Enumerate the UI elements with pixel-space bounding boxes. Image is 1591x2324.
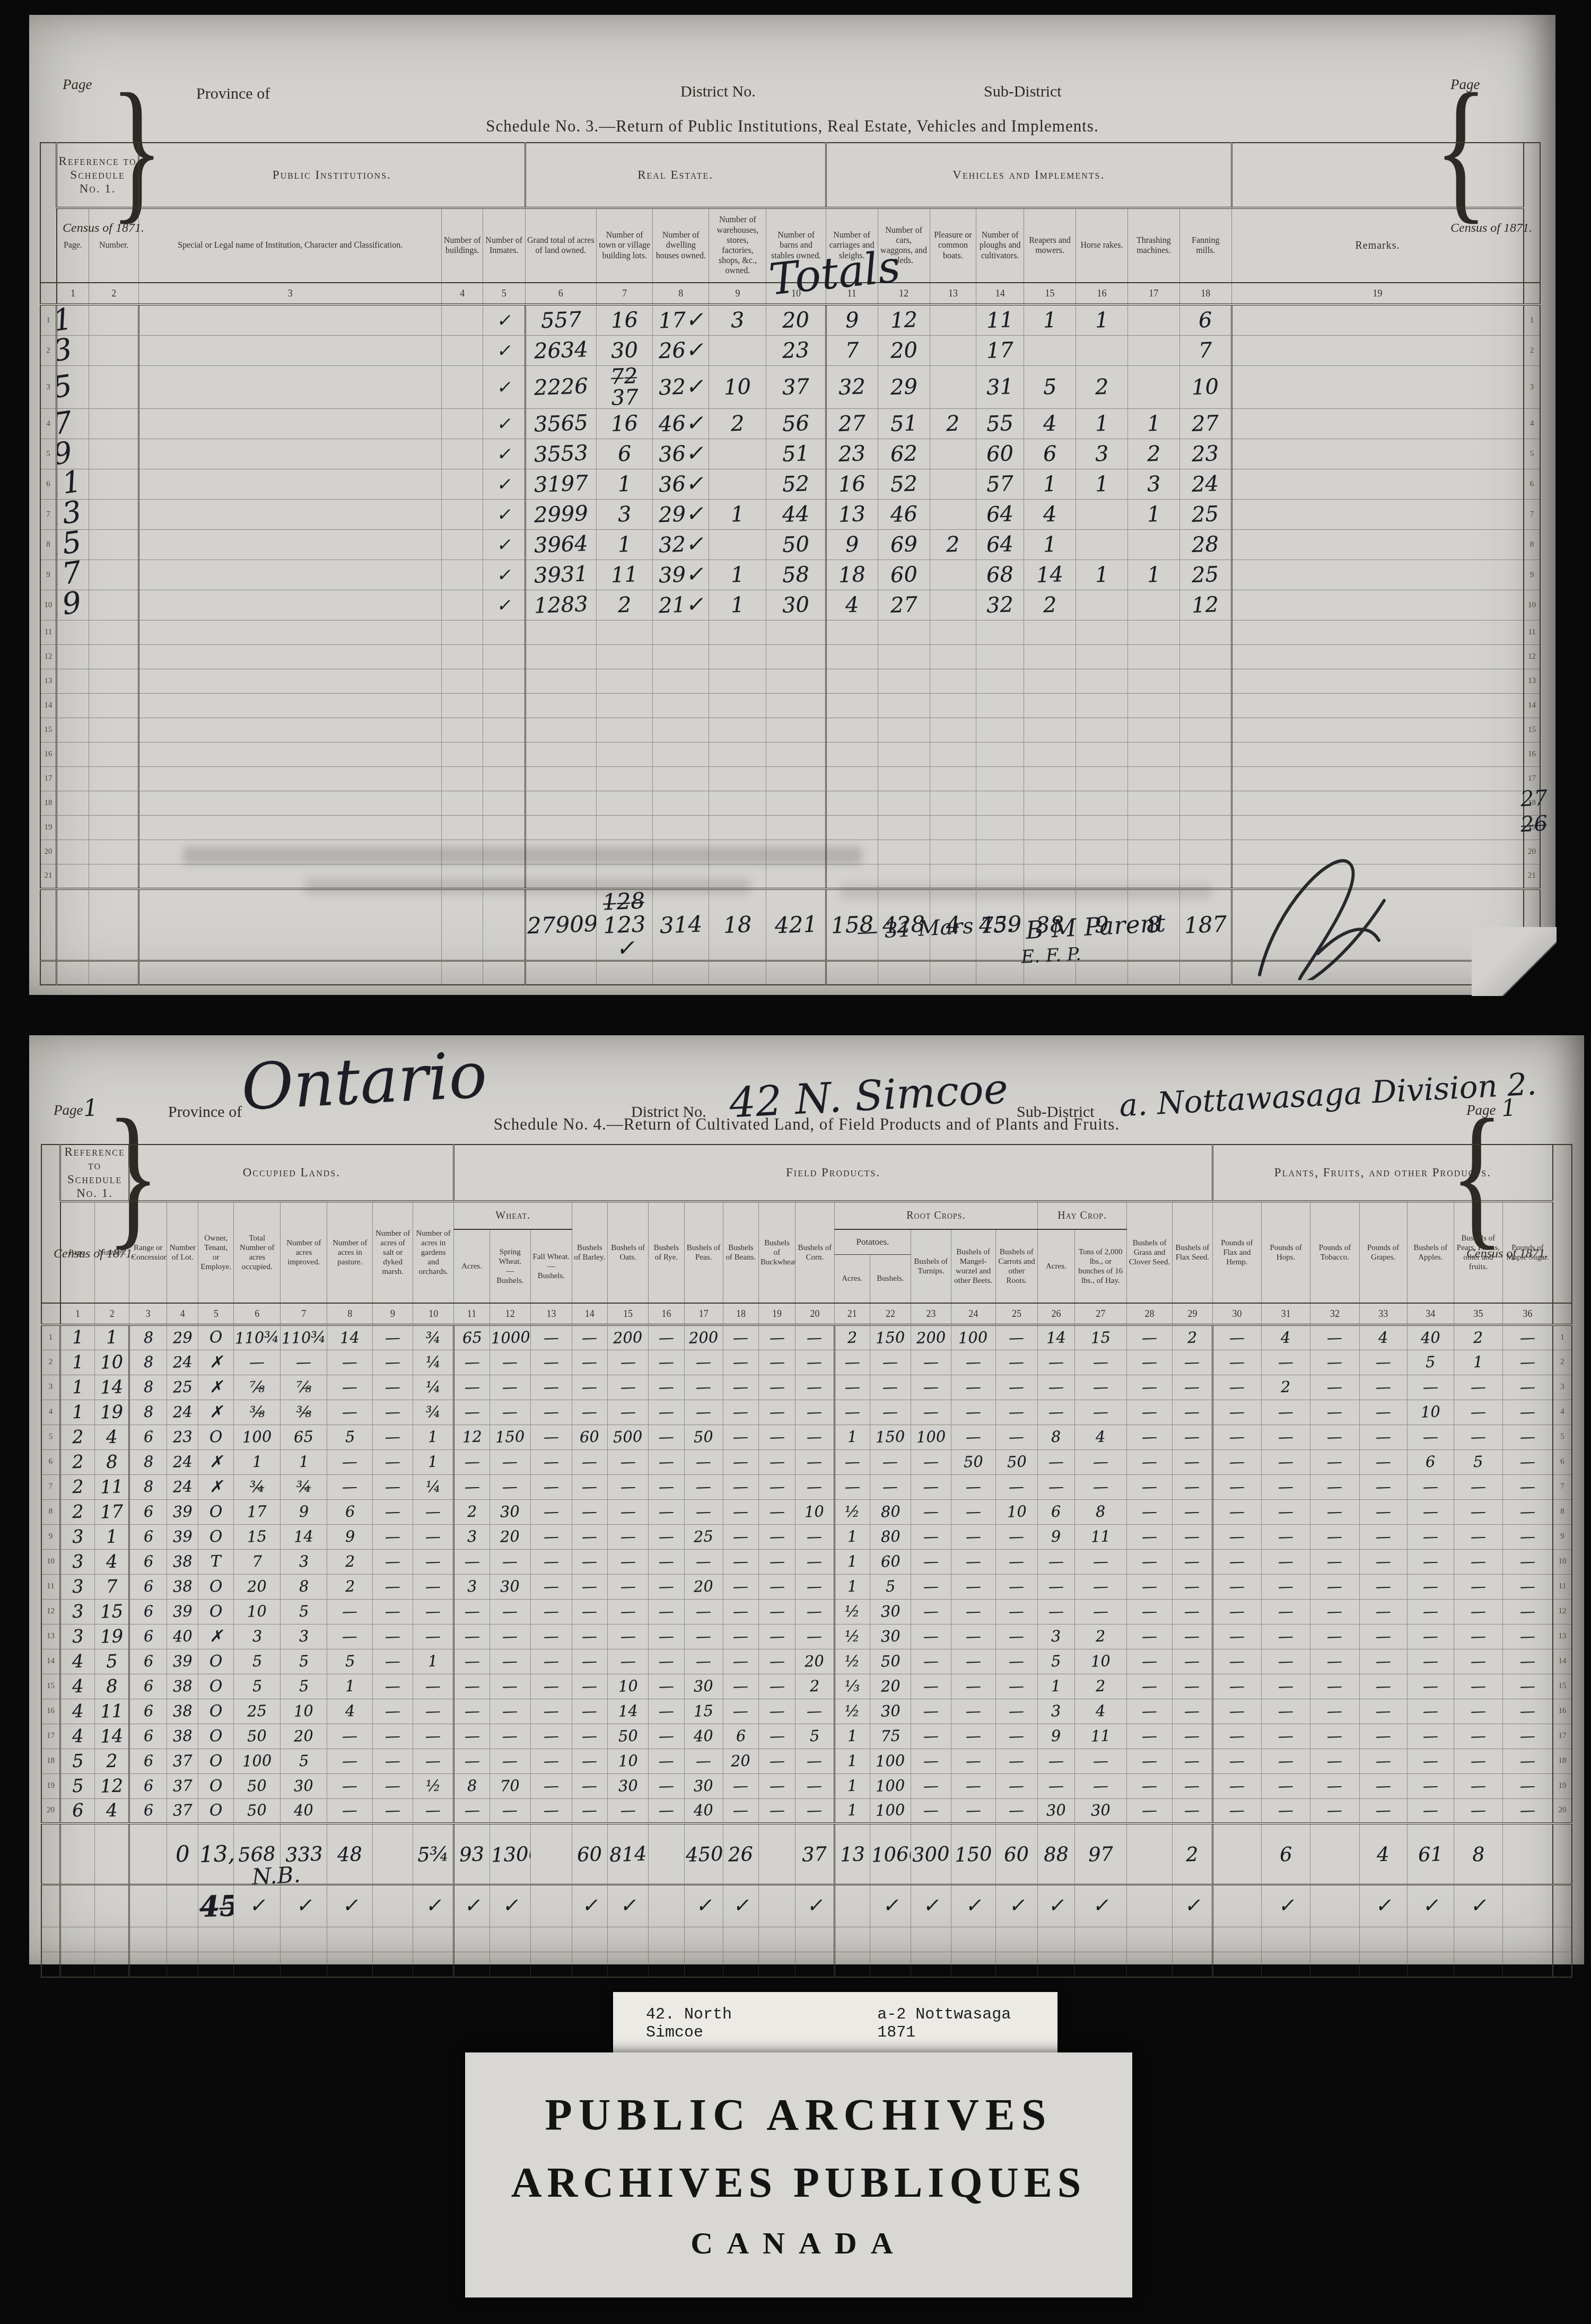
handwritten-value: 8	[1096, 1504, 1106, 1520]
table-row: 12315639O105—————————————½30————————————…	[41, 1599, 1572, 1624]
handwritten-value: —	[1327, 1778, 1343, 1794]
column-header: 28	[1127, 1303, 1173, 1325]
handwritten-value: —	[1278, 1728, 1294, 1744]
handwritten-value: 32✓	[658, 534, 704, 556]
handwritten-value: 30	[782, 594, 809, 616]
handwritten-value: 13	[838, 503, 866, 526]
handwritten-value: —	[1048, 1479, 1064, 1495]
handwritten-value: 6	[143, 1679, 153, 1694]
handwritten-value: —	[696, 1604, 712, 1620]
table-cell: 3	[709, 304, 766, 336]
table-cell	[653, 767, 709, 791]
row-number: 14	[1524, 694, 1540, 718]
handwritten-value: 50	[1007, 1454, 1027, 1470]
table-cell: 8	[1074, 1499, 1127, 1524]
handwritten-value: 7	[1198, 340, 1212, 362]
table-cell: 3	[281, 1624, 327, 1649]
handwritten-value: 3	[467, 1529, 477, 1545]
handwritten-value: 39	[172, 1603, 193, 1619]
handwritten-value: 50	[880, 1653, 901, 1669]
table-cell: 2	[834, 1325, 870, 1350]
table-cell	[976, 840, 1024, 864]
table-cell: 88	[1038, 1823, 1074, 1885]
handwritten-value: —	[696, 1753, 712, 1769]
handwritten-value: —	[1520, 1778, 1536, 1794]
table-cell: 17✓	[653, 304, 709, 336]
handwritten-value: 69	[890, 534, 917, 556]
table-cell: 100	[234, 1749, 281, 1773]
handwritten-value: —	[1327, 1355, 1343, 1370]
column-number-row: 1234567891011121314151617181920212223242…	[41, 1303, 1572, 1325]
row-number: 20	[41, 1798, 60, 1823]
handwritten-value: 97	[1088, 1844, 1113, 1865]
table-cell: ✓	[489, 1885, 531, 1927]
table-cell: O	[198, 1674, 234, 1699]
table-cell	[139, 669, 442, 694]
handwritten-value: —	[502, 1629, 518, 1645]
table-cell: 3	[597, 500, 653, 530]
handwritten-value: 1	[72, 1403, 84, 1421]
table-cell: —	[327, 1350, 373, 1375]
row-number	[41, 1303, 60, 1325]
handwritten-value: ✗	[209, 1628, 223, 1645]
table-cell	[930, 560, 976, 590]
table-cell: —	[1074, 1449, 1127, 1474]
handwritten-value: —	[1520, 1554, 1536, 1570]
handwritten-value: 24	[1192, 473, 1219, 495]
table-cell	[930, 366, 976, 409]
handwritten-value: 6	[143, 1778, 153, 1794]
table-cell: 65	[281, 1425, 327, 1449]
table-cell: 3	[60, 1624, 95, 1649]
handwritten-value: 333	[285, 1844, 323, 1864]
row-number	[41, 1823, 60, 1885]
table-cell: —	[489, 1474, 531, 1499]
handwritten-value: 11	[1090, 1728, 1111, 1744]
handwritten-value: —	[1278, 1529, 1294, 1545]
table-cell	[795, 1952, 834, 1977]
table-cell: —	[327, 1798, 373, 1823]
column-header: Remarks.	[1231, 208, 1524, 283]
table-cell	[139, 409, 442, 439]
table-cell: —	[795, 1449, 834, 1474]
table-cell: 60	[878, 560, 930, 590]
table-row: 1818	[40, 791, 1540, 816]
table-cell: 3565	[525, 409, 597, 439]
table-cell	[139, 530, 442, 560]
handwritten-value: —	[1375, 1479, 1391, 1495]
handwritten-value: —	[1184, 1629, 1200, 1645]
table-cell: —	[1212, 1649, 1261, 1674]
table-cell: 2226	[525, 366, 597, 409]
table-cell: 2	[60, 1425, 95, 1449]
table-cell	[826, 960, 878, 985]
table-cell: —	[1359, 1350, 1407, 1375]
handwritten-value: —	[1092, 1379, 1108, 1395]
table-cell	[139, 304, 442, 336]
row-number: 12	[40, 645, 57, 669]
table-cell	[129, 1823, 167, 1885]
handwritten-value: 62	[890, 443, 917, 465]
table-cell	[525, 960, 597, 985]
handwritten-value: —	[882, 1454, 898, 1470]
table-cell: 27909	[525, 889, 597, 961]
handwritten-value: —	[582, 1355, 598, 1370]
table-cell	[89, 439, 139, 469]
handwritten-value: —	[1422, 1504, 1438, 1520]
table-cell: —	[1407, 1474, 1454, 1499]
table-cell: 17	[57, 560, 89, 590]
handwritten-value: —	[807, 1379, 823, 1395]
handwritten-value: —	[733, 1654, 749, 1670]
schedule4-sheet: Reference to Schedule No. 1.Occupied Lan…	[41, 1144, 1572, 1978]
table-cell: —	[373, 1375, 413, 1400]
table-cell: —	[649, 1624, 684, 1649]
handwritten-value: —	[1327, 1579, 1343, 1595]
row-number: 16	[40, 742, 57, 767]
table-cell: —	[723, 1773, 758, 1798]
table-cell	[597, 718, 653, 742]
table-cell	[795, 1927, 834, 1952]
handwritten-value: 2634	[534, 339, 588, 362]
handwritten-value: 2	[617, 595, 632, 616]
table-cell	[57, 742, 89, 767]
handwritten-value: —	[385, 1679, 401, 1694]
table-cell: —	[649, 1549, 684, 1574]
table-cell	[572, 1927, 607, 1952]
handwritten-value: 1300	[491, 1844, 531, 1865]
handwritten-value: ✓	[496, 445, 511, 463]
row-number: 13	[1524, 669, 1540, 694]
handwritten-value: 38	[172, 1553, 193, 1569]
table-cell: —	[723, 1599, 758, 1624]
table-cell: 1	[834, 1574, 870, 1599]
table-cell: 1	[60, 1350, 95, 1375]
table-cell: —	[1127, 1674, 1173, 1699]
row-number: 18	[1524, 791, 1540, 816]
column-header: Field Products.	[454, 1144, 1212, 1201]
column-header: 12	[878, 283, 930, 304]
table-cell: 6	[129, 1699, 167, 1724]
handwritten-value: —	[1229, 1703, 1245, 1719]
table-cell: —	[1359, 1674, 1407, 1699]
table-cell: —	[454, 1674, 489, 1699]
table-cell: —	[911, 1350, 951, 1375]
table-cell	[1407, 1927, 1454, 1952]
table-cell: —	[1454, 1624, 1502, 1649]
handwritten-value: 26	[728, 1844, 754, 1865]
table-cell: —	[1407, 1699, 1454, 1724]
handwritten-value: —	[425, 1529, 441, 1545]
table-cell: —	[1503, 1624, 1553, 1649]
handwritten-value: —	[923, 1778, 939, 1794]
table-cell	[1212, 1885, 1261, 1927]
table-cell: —	[1173, 1449, 1213, 1474]
handwritten-value: ✓	[295, 1896, 312, 1916]
table-cell: 37	[795, 1823, 834, 1885]
table-cell: —	[531, 1474, 572, 1499]
table-cell: —	[995, 1400, 1038, 1425]
schedule4-page: Page Census of 1871. 1 } { Page Census o…	[29, 1035, 1584, 1964]
column-header: Special or Legal name of Institution, Ch…	[139, 208, 442, 283]
table-cell	[139, 960, 442, 985]
row-number: 11	[1553, 1574, 1572, 1599]
handwritten-value: 6	[617, 443, 632, 465]
handwritten-value: 158	[831, 912, 874, 937]
table-cell	[1231, 560, 1524, 590]
table-cell	[483, 742, 525, 767]
handwritten-value: —	[965, 1479, 981, 1495]
handwritten-value: —	[1278, 1803, 1294, 1819]
table-cell: 5	[1024, 366, 1076, 409]
table-cell: 9	[826, 530, 878, 560]
table-cell: —	[870, 1449, 911, 1474]
handwritten-value: 60	[986, 443, 1014, 465]
handwritten-value: 1	[428, 1654, 438, 1670]
table-cell	[234, 1952, 281, 1977]
table-cell	[139, 590, 442, 621]
column-header: Acres.	[1038, 1229, 1074, 1303]
table-cell: —	[795, 1375, 834, 1400]
table-cell: —	[373, 1599, 413, 1624]
handwritten-value: ✓	[1470, 1896, 1487, 1916]
table-cell: —	[1503, 1350, 1553, 1375]
table-cell	[525, 718, 597, 742]
table-cell: 5¾	[413, 1823, 454, 1885]
table-cell: —	[1212, 1474, 1261, 1499]
table-cell: —	[373, 1798, 413, 1823]
table-cell: 1	[1038, 1674, 1074, 1699]
handwritten-value: 50	[618, 1728, 638, 1744]
table-cell	[442, 439, 483, 469]
table-cell: 7	[826, 336, 878, 366]
table-cell: —	[607, 1599, 649, 1624]
table-cell	[89, 767, 139, 791]
table-cell	[976, 742, 1024, 767]
table-cell: 11	[95, 1699, 129, 1724]
table-cell: —	[795, 1524, 834, 1549]
table-cell	[1231, 530, 1524, 560]
column-header: Number of town or village building lots.	[597, 208, 653, 283]
handwritten-value: 150	[876, 1330, 905, 1346]
handwritten-value: —	[1327, 1504, 1343, 1520]
handwritten-value: —	[658, 1379, 674, 1395]
handwritten-value: —	[464, 1454, 480, 1470]
handwritten-value: —	[1092, 1404, 1108, 1420]
handwritten-value: —	[543, 1554, 559, 1570]
handwritten-value: 29✓	[658, 503, 704, 526]
handwritten-value: —	[696, 1479, 712, 1495]
table-cell: —	[1127, 1425, 1173, 1449]
handwritten-value: —	[844, 1379, 860, 1395]
handwritten-value: —	[464, 1604, 480, 1620]
handwritten-value: 6	[736, 1728, 746, 1744]
table-cell	[1407, 1952, 1454, 1977]
table-cell	[1231, 500, 1524, 530]
handwritten-value: —	[425, 1728, 441, 1744]
table-cell: —	[1038, 1375, 1074, 1400]
handwritten-value: —	[1278, 1703, 1294, 1719]
table-cell: —	[531, 1749, 572, 1773]
table-cell: —	[489, 1649, 531, 1674]
handwritten-value: —	[965, 1654, 981, 1670]
table-cell: 3	[1038, 1699, 1074, 1724]
table-cell: 5	[1454, 1449, 1502, 1474]
table-cell: —	[758, 1749, 795, 1773]
table-cell: —	[1503, 1524, 1553, 1549]
handwritten-value: —	[543, 1728, 559, 1744]
table-cell	[930, 621, 976, 645]
column-header: 4	[167, 1303, 198, 1325]
handwritten-value: —	[733, 1504, 749, 1520]
column-header: Pleasure or common boats.	[930, 208, 976, 283]
handwritten-value: ✓	[496, 379, 511, 396]
handwritten-value: —	[464, 1355, 480, 1370]
table-cell	[57, 669, 89, 694]
table-cell: 24	[167, 1449, 198, 1474]
column-header: Pounds of Maple Sugar.	[1503, 1201, 1553, 1303]
table-cell	[373, 1952, 413, 1977]
handwritten-value: 25	[1192, 503, 1219, 526]
handwritten-value: —	[769, 1679, 785, 1694]
handwritten-value: 1	[72, 1353, 84, 1371]
handwritten-value: —	[733, 1429, 749, 1445]
handwritten-value: ✓	[496, 597, 511, 614]
table-cell: 1	[1076, 304, 1127, 336]
table-cell	[1024, 742, 1076, 767]
table-cell: 97	[1074, 1823, 1127, 1885]
table-cell: —	[1074, 1375, 1127, 1400]
handwritten-value: 37	[802, 1844, 827, 1865]
table-cell: 2	[930, 409, 976, 439]
table-cell	[1127, 1952, 1173, 1977]
table-cell: 37	[167, 1773, 198, 1798]
table-cell: 32	[826, 366, 878, 409]
handwritten-value: —	[385, 1703, 401, 1719]
handwritten-value: —	[1422, 1529, 1438, 1545]
handwritten-value: 1	[1473, 1355, 1483, 1370]
handwritten-value: —	[1092, 1554, 1108, 1570]
row-number: 14	[41, 1649, 60, 1674]
table-cell: 4	[60, 1649, 95, 1674]
column-header: 32	[1310, 1303, 1359, 1325]
handwritten-value: 20	[782, 309, 809, 331]
table-cell	[1179, 645, 1231, 669]
table-cell	[1454, 1952, 1502, 1977]
table-cell	[483, 816, 525, 840]
handwritten-value: ✓	[496, 506, 511, 523]
handwritten-value: 38	[172, 1728, 193, 1744]
column-header: 17	[1127, 283, 1179, 304]
table-cell: 3	[60, 1574, 95, 1599]
table-cell	[597, 669, 653, 694]
handwritten-value: ½	[845, 1504, 860, 1520]
table-cell	[649, 1885, 684, 1927]
table-cell: ✓	[1074, 1885, 1127, 1927]
handwritten-value: —	[807, 1529, 823, 1545]
table-cell: —	[531, 1449, 572, 1474]
table-cell: —	[572, 1350, 607, 1375]
row-number: 5	[1553, 1425, 1572, 1449]
table-cell	[57, 718, 89, 742]
table-cell: —	[1359, 1574, 1407, 1599]
table-cell: ✓	[234, 1885, 281, 1927]
handwritten-value: 1	[847, 1429, 857, 1445]
table-cell: —	[327, 1375, 373, 1400]
table-cell: —	[1074, 1400, 1127, 1425]
table-cell	[525, 669, 597, 694]
handwritten-value: 2	[1096, 1679, 1106, 1694]
handwritten-value: 30	[500, 1504, 520, 1519]
handwritten-value: 3	[72, 1627, 84, 1646]
handwritten-value: —	[1229, 1454, 1245, 1470]
handwritten-value: —	[696, 1404, 712, 1420]
handwritten-value: —	[385, 1379, 401, 1395]
handwritten-value: —	[1520, 1404, 1536, 1420]
table-row: 1548638O551——————10—30——2⅓20———12———————…	[41, 1674, 1572, 1699]
table-cell: 4	[1074, 1425, 1127, 1449]
handwritten-value: —	[543, 1753, 559, 1769]
column-header: 3	[129, 1303, 167, 1325]
table-cell: —	[1262, 1624, 1310, 1649]
column-header: 15	[607, 1303, 649, 1325]
handwritten-value: 2	[946, 413, 960, 435]
handwritten-value: —	[543, 1504, 559, 1520]
table-cell: 5	[327, 1649, 373, 1674]
handwritten-value: 25	[694, 1528, 714, 1544]
handwritten-value: 10	[1007, 1504, 1027, 1519]
table-cell	[57, 621, 89, 645]
table-cell: ½	[834, 1599, 870, 1624]
handwritten-value: 1	[847, 1803, 857, 1819]
handwritten-value: ✓	[923, 1896, 939, 1916]
table-cell: ✓	[870, 1885, 911, 1927]
handwritten-value: —	[658, 1753, 674, 1769]
table-cell: 8	[281, 1574, 327, 1599]
table-cell: ✓	[1262, 1885, 1310, 1927]
table-cell: —	[281, 1350, 327, 1375]
table-cell: —	[327, 1474, 373, 1499]
handwritten-value: —	[1229, 1554, 1245, 1570]
table-cell: 4	[1024, 409, 1076, 439]
table-cell: —	[870, 1400, 911, 1425]
handwritten-value: ✓	[425, 1896, 441, 1916]
handwritten-value: —	[385, 1803, 401, 1819]
handwritten-value: —	[425, 1803, 441, 1819]
handwritten-value: —	[1142, 1554, 1158, 1570]
table-cell	[709, 621, 766, 645]
table-cell: 3	[1076, 439, 1127, 469]
table-cell	[60, 1823, 95, 1885]
row-number: 10	[40, 590, 57, 621]
handwritten-value: —	[965, 1579, 981, 1595]
table-cell: 15	[234, 1524, 281, 1549]
table-cell	[442, 767, 483, 791]
table-cell	[167, 1885, 198, 1927]
handwritten-value: —	[342, 1753, 358, 1769]
handwritten-value: —	[658, 1454, 674, 1470]
table-cell: 57	[976, 469, 1024, 500]
handwritten-value: 13,	[199, 1842, 233, 1866]
handwritten-value: ✓	[695, 1896, 712, 1916]
table-cell	[597, 816, 653, 840]
handwritten-value: O	[209, 1802, 223, 1819]
handwritten-value: 1	[847, 1554, 857, 1570]
column-header: 11	[826, 283, 878, 304]
handwritten-value: 6	[1043, 443, 1057, 465]
handwritten-value: 30	[294, 1778, 314, 1794]
table-cell: —	[649, 1649, 684, 1674]
